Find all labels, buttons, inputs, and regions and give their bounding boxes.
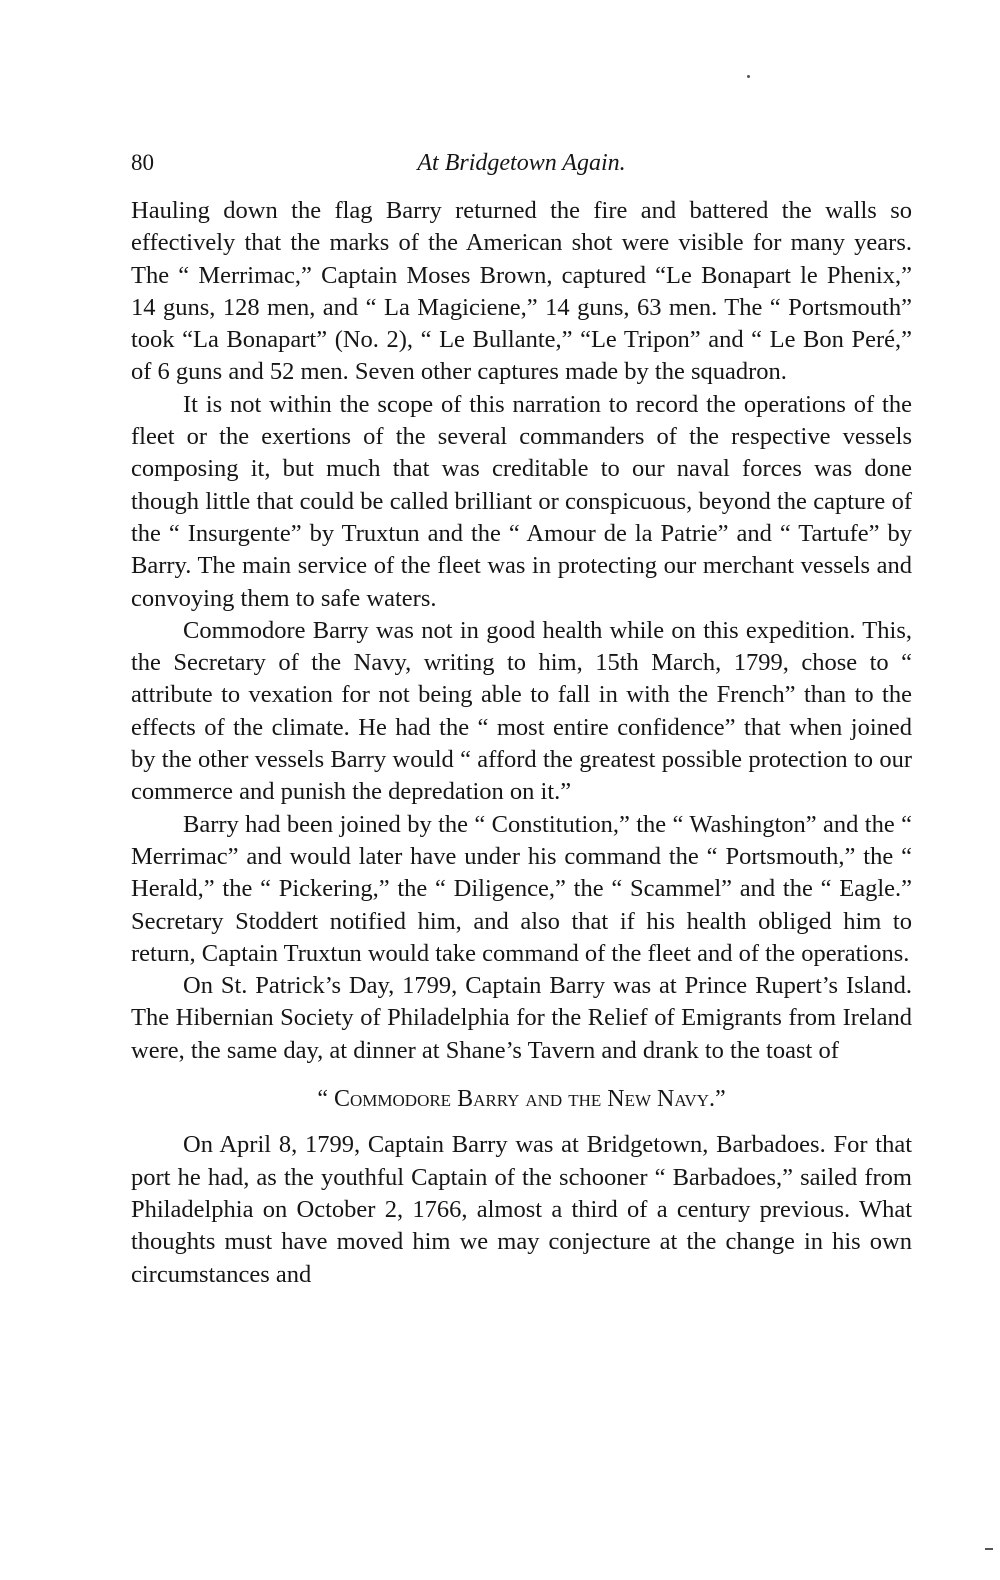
scan-speck [747,75,750,78]
toast-heading: “ Commodore Barry and the New Navy.” [131,1083,912,1115]
paragraph-4: Barry had been joined by the “ Constitut… [131,809,912,970]
paragraph-1: Hauling down the flag Barry returned the… [131,195,912,389]
page-header: 80 At Bridgetown Again. [131,147,912,195]
paragraph-6: On April 8, 1799, Captain Barry was at B… [131,1129,912,1290]
paragraph-3: Commodore Barry was not in good health w… [131,615,912,809]
paragraph-2: It is not within the scope of this narra… [131,389,912,615]
running-head: At Bridgetown Again. [131,147,912,179]
paragraph-5: On St. Patrick’s Day, 1799, Captain Barr… [131,970,912,1067]
book-page: 80 At Bridgetown Again. Hauling down the… [131,147,912,1291]
scan-speck [985,1548,993,1550]
